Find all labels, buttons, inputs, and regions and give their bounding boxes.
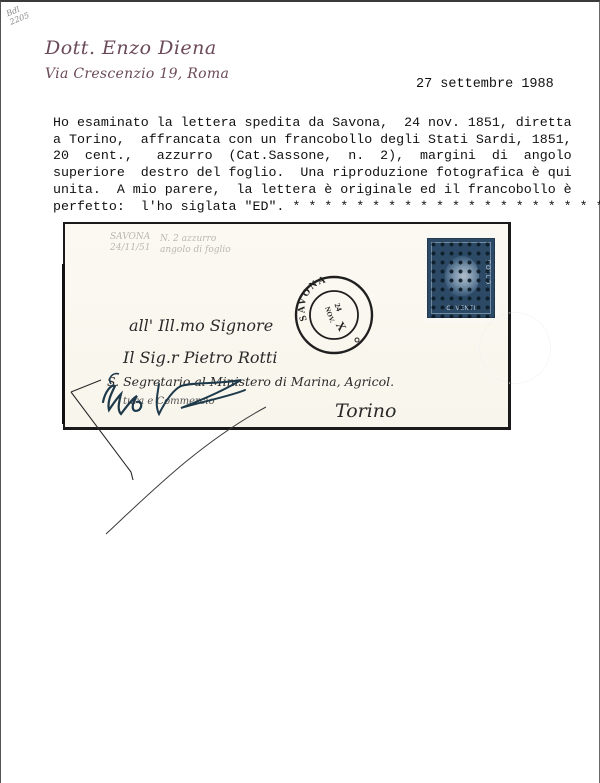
body-line: perfetto: l'ho siglata "ED". * * * * * *… (53, 199, 553, 216)
postmark-town: SAVONA (296, 274, 328, 322)
body-line: superiore destro del foglio. Una riprodu… (53, 165, 553, 182)
address-salutation: all' Ill.mo Signore (129, 316, 273, 335)
body-line: unita. A mio parere, la lettera è origin… (53, 182, 553, 199)
pencil-text: N. 2 azzurro (160, 234, 231, 245)
pencil-text: 24/11/51 (110, 243, 150, 254)
postmark: SAVONA 24 NOV. X (293, 274, 375, 356)
expert-name: Dott. Enzo Diena (45, 36, 229, 60)
expert-address: Via Crescenzio 19, Roma (45, 64, 229, 84)
svg-text:SAVONA: SAVONA (296, 274, 328, 322)
embossed-seal-ghost (479, 312, 551, 384)
postage-stamp: BOLLO C. VENTI (427, 238, 495, 318)
address-city: Torino (335, 400, 396, 422)
certificate-body: Ho esaminato la lettera spedita da Savon… (53, 115, 553, 215)
envelope-pencil-note-right: N. 2 azzurro angolo di foglio (160, 234, 231, 256)
expert-signature-icon (61, 362, 291, 542)
pencil-text: SAVONA (110, 232, 150, 243)
body-line: 20 cent., azzurro (Cat.Sassone, n. 2), m… (53, 148, 553, 165)
certificate-date: 27 settembre 1988 (416, 77, 554, 92)
postmark-circle-icon: SAVONA 24 NOV. X (293, 274, 375, 356)
body-line: Ho esaminato la lettera spedita da Savon… (53, 115, 553, 132)
pencil-text: angolo di foglio (160, 245, 231, 256)
envelope-pencil-note-left: SAVONA 24/11/51 (110, 232, 150, 254)
body-line: a Torino, affrancata con un francobollo … (53, 132, 553, 149)
dotted-cancellation-icon (427, 238, 495, 318)
postmark-day: 24 (332, 302, 343, 313)
certificate-page: Bdl 2205 Dott. Enzo Diena Via Crescenzio… (0, 0, 600, 783)
pencil-reference-note: Bdl 2205 (5, 2, 31, 26)
letterhead: Dott. Enzo Diena Via Crescenzio 19, Roma (45, 36, 229, 84)
